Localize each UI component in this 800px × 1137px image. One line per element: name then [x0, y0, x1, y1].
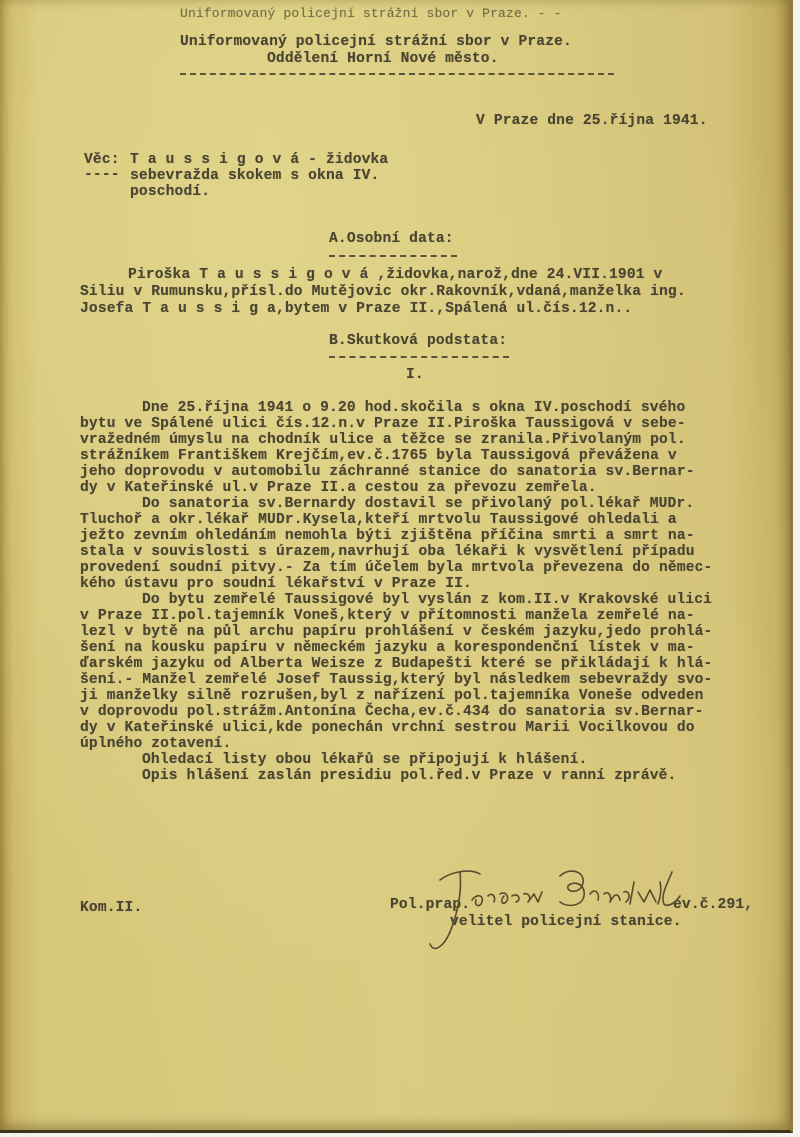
body-line: kého ústavu pro soudní lékařství v Praze… — [80, 576, 472, 593]
body-line: bytu ve Spálené ulici čís.12.n.v Praze I… — [80, 416, 686, 433]
body-line: strážníkem Františkem Krejčím,ev.č.1765 … — [80, 448, 677, 465]
bleed-through-text: Uniformovaný policejní strážní sbor v Pr… — [180, 6, 562, 23]
header-rule — [180, 73, 614, 75]
section-a-title: A.Osobní data: — [329, 231, 454, 248]
body-line: Tluchoř a okr.lékař MUDr.Kysela,kteří mr… — [80, 512, 677, 529]
body-line: Do sanatoria sv.Bernardy dostavil se při… — [142, 496, 694, 513]
body-line: stala v souvislosti s úrazem,navrhují ob… — [80, 544, 695, 561]
body-line: v Praze II.pol.tajemník Voneš,který v př… — [80, 608, 695, 625]
body-line: šení.- Manžel zemřelé Josef Taussig,kter… — [80, 672, 712, 689]
section-a-line: Piroška T a u s s i g o v á ,židovka,nar… — [128, 267, 662, 284]
body-line: v doprovodu pol.strážm.Antonína Čecha,ev… — [80, 704, 704, 721]
section-b-rule — [329, 356, 509, 358]
body-line: vražedném úmyslu na chodník ulice a těžc… — [80, 432, 686, 449]
body-line: ďarském jazyku od Alberta Weisze z Budap… — [80, 656, 712, 673]
document-page: Uniformovaný policejní strážní sbor v Pr… — [0, 0, 793, 1133]
body-line: dy v Kateřinské ulici,kde ponechán vrchn… — [80, 720, 695, 737]
section-a-line: Josefa T a u s s i g a,bytem v Praze II.… — [80, 301, 632, 318]
body-line: Opis hlášení zaslán presidiu pol.řed.v P… — [142, 768, 676, 785]
body-line: Ohledací listy obou lékařů se připojují … — [142, 752, 587, 769]
body-line: Do bytu zemřelé Taussigové byl vyslán z … — [142, 592, 712, 609]
signature-icon — [410, 862, 710, 957]
subject-underline: ---- — [84, 167, 120, 184]
subject-line-1: T a u s s i g o v á - židovka — [130, 152, 388, 169]
section-a-rule — [329, 255, 457, 257]
section-b-part: I. — [406, 367, 424, 384]
footer-department: Kom.II. — [80, 900, 142, 917]
body-line: jeho doprovodu v automobilu záchranné st… — [80, 464, 695, 481]
body-line: šení na kousku papíru v německém jazyku … — [80, 640, 695, 657]
body-line: ji manželky silně rozrušen,byl z nařízen… — [80, 688, 704, 705]
body-line: provedení soudní pitvy.- Za tím účelem b… — [80, 560, 712, 577]
header-line-2: Oddělení Horní Nové město. — [267, 51, 499, 68]
body-line: Dne 25.října 1941 o 9.20 hod.skočila s o… — [142, 400, 685, 417]
subject-line-3: poschodí. — [130, 184, 210, 201]
place-date: V Praze dne 25.října 1941. — [476, 113, 708, 130]
body-line: dy v Kateřinské ul.v Praze II.a cestou z… — [80, 480, 597, 497]
section-b-title: B.Skutková podstata: — [329, 333, 507, 350]
header-line-1: Uniformovaný policejní strážní sbor v Pr… — [180, 34, 572, 51]
subject-line-2: sebevražda skokem s okna IV. — [130, 168, 379, 185]
section-a-line: Siliu v Rumunsku,přísl.do Mutějovic okr.… — [80, 284, 686, 301]
body-line: lezl v bytě na půl archu papíru prohláše… — [80, 624, 712, 641]
handwritten-signature — [410, 862, 710, 957]
body-line: ježto zevním ohledáním nemohla býti zjiš… — [80, 528, 695, 545]
body-line: úplného zotavení. — [80, 736, 231, 753]
